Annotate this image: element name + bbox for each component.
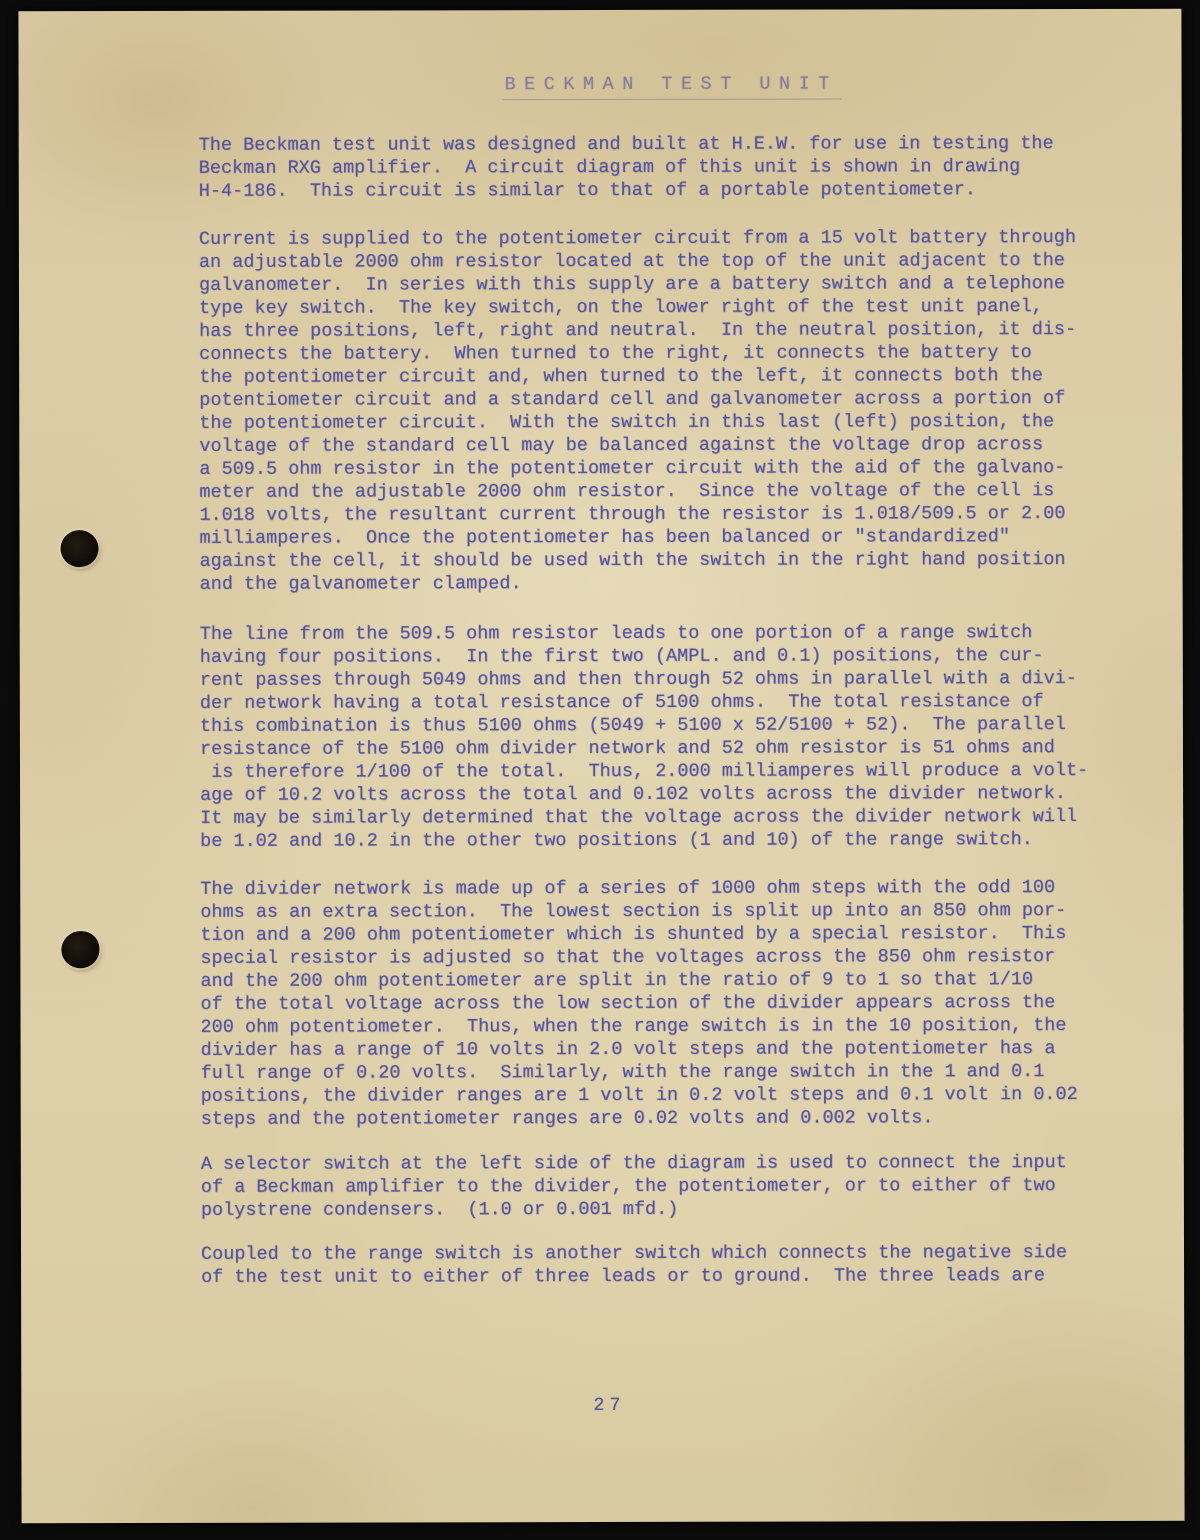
- paragraph-current-supply: Current is supplied to the potentiometer…: [199, 226, 1140, 596]
- paragraph-divider-network: The divider network is made up of a seri…: [200, 876, 1141, 1131]
- hole-punch-bottom: [61, 931, 99, 968]
- paragraph-selector-switch: A selector switch at the left side of th…: [201, 1151, 1141, 1222]
- paragraph-intro: The Beckman test unit was designed and b…: [199, 132, 1139, 203]
- page-number: 27: [593, 1395, 625, 1416]
- hole-punch-top: [61, 530, 99, 567]
- paragraph-range-switch: The line from the 509.5 ohm resistor lea…: [200, 621, 1140, 853]
- document-page: BECKMAN TEST UNIT The Beckman test unit …: [18, 9, 1184, 1523]
- body-text: The Beckman test unit was designed and b…: [199, 132, 1141, 1314]
- page-title: BECKMAN TEST UNIT: [503, 73, 842, 100]
- paragraph-coupled-switch: Coupled to the range switch is another s…: [201, 1241, 1141, 1289]
